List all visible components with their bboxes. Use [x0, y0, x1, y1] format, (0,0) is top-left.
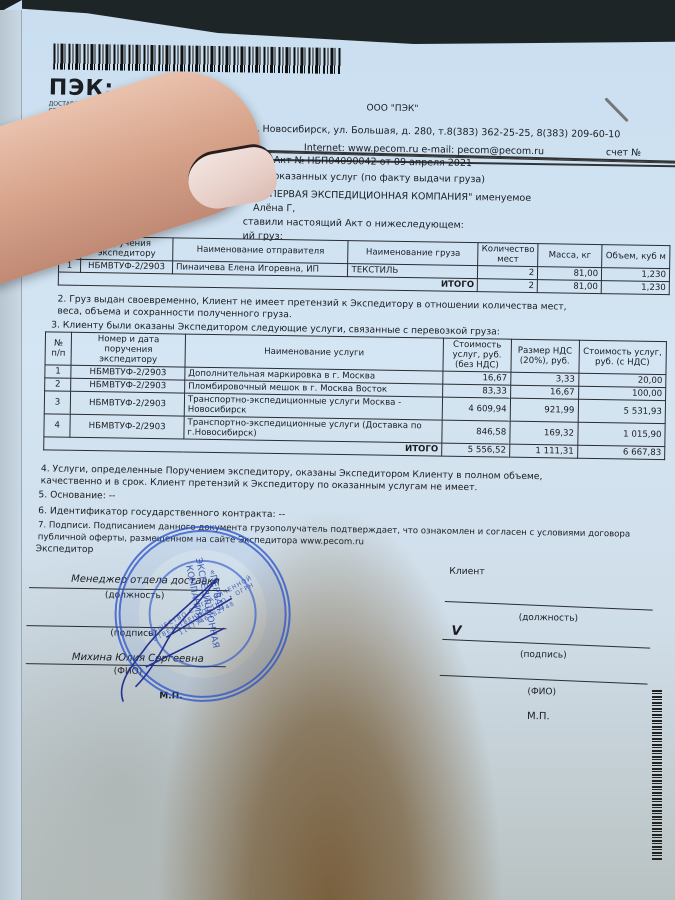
clause-6: 6. Идентификатор государственного контра… [38, 505, 285, 521]
client-position-caption: (должность) [519, 613, 579, 624]
cell-mass: 81,00 [538, 267, 602, 281]
client-signature-mark: V [451, 624, 461, 639]
services-table: № п/п Номер и дата поручения экспедитору… [43, 331, 667, 460]
cell-vat: 921,99 [510, 398, 578, 422]
col-order: Номер и дата поручения экспедитору [71, 332, 185, 367]
cell-vat: 16,67 [510, 385, 578, 399]
paper-clip [604, 97, 628, 122]
act-name-line: Алёна Г, [253, 203, 295, 215]
side-barcode [652, 690, 662, 860]
handwritten-signature [105, 566, 237, 708]
cell-net: 16,67 [443, 371, 511, 385]
act-title: Акт № НБП04090042 от 09 апреля 2021 [274, 155, 472, 169]
cell-net: 4 609,94 [442, 397, 510, 421]
cell-order: НБМВТУФ-2/2903 [70, 391, 184, 416]
col-service: Наименование услуги [185, 334, 444, 371]
forwarder-label: Экспедитор [36, 543, 94, 556]
company-contacts: Internet: www.pecom.ru e-mail: pecom@pec… [304, 142, 544, 157]
cell-net: 83,33 [443, 384, 511, 398]
col-sender: Наименование отправителя [173, 238, 349, 264]
col-gross: Стоимость услуг, руб. (с НДС) [578, 340, 666, 374]
act-compose-line: ставили настоящий Акт о нижеследующем: [243, 216, 464, 230]
col-net: Стоимость услуг, руб. (без НДС) [443, 338, 511, 372]
col-cargo: Наименование груза [348, 241, 478, 266]
client-seal-label: М.П. [527, 711, 550, 722]
cell-number: 3 [44, 391, 71, 414]
col-number: № п/п [45, 332, 72, 365]
total-volume: 1,230 [601, 281, 669, 295]
clause-4: 4. Услуги, определенные Поручением экспе… [41, 463, 543, 495]
cell-places: 2 [478, 266, 538, 280]
client-name-caption: (ФИО) [527, 687, 556, 697]
cell-vat: 169,32 [510, 421, 578, 445]
cell-gross: 1 015,90 [577, 422, 665, 446]
company-address: 630032, г. Новосибирск, ул. Большая, д. … [209, 123, 620, 140]
cell-volume: 1,230 [601, 268, 669, 282]
total-vat: 1 111,31 [509, 444, 577, 458]
cell-gross: 5 531,93 [578, 399, 666, 423]
total-gross: 6 667,83 [577, 445, 665, 459]
cell-order: НБМВТУФ-2/2903 [70, 414, 184, 439]
barcode [53, 43, 341, 74]
client-signature-line [442, 639, 650, 649]
cell-number: 2 [45, 378, 71, 391]
act-subtitle: оказанных услуг (по факту выдачи груза) [273, 171, 485, 185]
col-volume: Объем, куб м [602, 245, 670, 269]
client-name-line [440, 675, 648, 685]
client-position-line [445, 601, 653, 611]
total-places: 2 [477, 279, 537, 293]
col-places: Количество мест [478, 243, 538, 267]
clause-5: 5. Основание: -- [38, 489, 115, 502]
client-signature-caption: (подпись) [520, 650, 567, 661]
total-mass: 81,00 [537, 280, 601, 294]
col-mass: Масса, кг [538, 244, 602, 268]
client-label: Клиент [449, 566, 485, 579]
act-company-line: "ПЕРВАЯ ЭКСПЕДИЦИОННАЯ КОМПАНИЯ" именуем… [265, 189, 531, 204]
total-net: 5 556,52 [442, 443, 510, 457]
company-name: ООО "ПЭК" [367, 103, 419, 114]
cargo-table: № поручения экспедитору Наименование отп… [58, 236, 671, 296]
cell-number: 1 [45, 365, 71, 378]
invoice-number-label: счет № [606, 147, 641, 159]
clause-7: 7. Подписи. Подписанием данного документ… [38, 519, 631, 552]
cell-vat: 3,33 [510, 372, 578, 386]
cell-net: 846,58 [442, 420, 510, 444]
col-vat: Размер НДС (20%), руб. [511, 339, 579, 373]
cell-number: 4 [44, 414, 71, 437]
